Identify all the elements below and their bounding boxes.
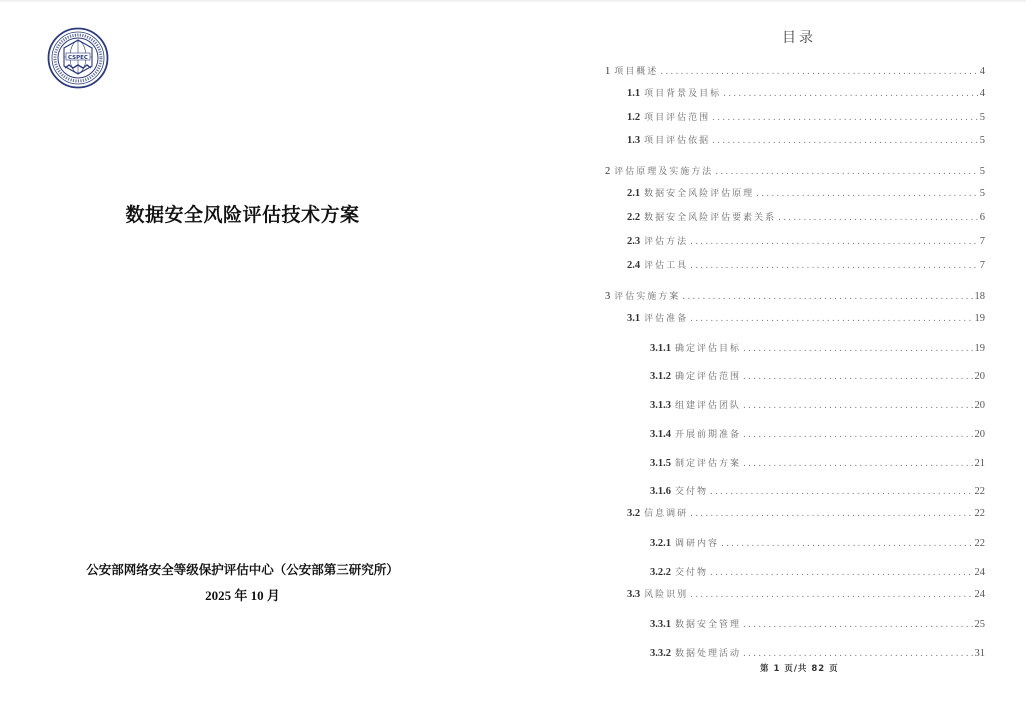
toc-entry[interactable]: 3.2.1调研内容22 (650, 537, 985, 551)
toc-heading: 目录 (782, 27, 816, 47)
toc-entry-page: 20 (975, 428, 986, 442)
toc-entry-page: 31 (975, 647, 986, 661)
toc-entry-number: 3.1.5 (650, 457, 671, 471)
toc-entry[interactable]: 3.1.1确定评估目标19 (650, 342, 985, 356)
toc-entry-number: 3.3.1 (650, 618, 671, 632)
toc-entry-title: 数据安全风险评估要素关系 (644, 211, 776, 225)
toc-entry[interactable]: 1项目概述4 (605, 65, 985, 79)
toc-entry-page: 25 (975, 618, 986, 632)
toc-entry-page: 19 (975, 342, 986, 356)
toc-entry-number: 3 (605, 290, 610, 304)
toc-entry-title: 评估工具 (644, 259, 688, 273)
toc-entry[interactable]: 3.1.4开展前期准备20 (650, 428, 985, 442)
toc-entry-title: 交付物 (675, 566, 708, 580)
toc-entry-title: 制定评估方案 (675, 457, 741, 471)
toc-entry-page: 20 (975, 399, 986, 413)
toc-entry-page: 21 (975, 457, 986, 471)
toc-entry-page: 4 (980, 65, 985, 79)
toc-entry-title: 项目评估依据 (644, 134, 710, 148)
toc-entry-number: 1.2 (627, 111, 640, 125)
toc-entry[interactable]: 3.3.2数据处理活动31 (650, 647, 985, 661)
toc-page: 目录 1项目概述41.1项目背景及目标41.2项目评估范围51.3项目评估依据5… (560, 0, 1026, 710)
toc-entry-page: 19 (975, 312, 986, 326)
toc-entry[interactable]: 2评估原理及实施方法5 (605, 165, 985, 179)
toc-leader-dots (690, 259, 978, 273)
toc-entry[interactable]: 2.4评估工具7 (627, 259, 985, 273)
toc-entry-title: 项目评估范围 (644, 111, 710, 125)
toc-entry[interactable]: 3.1.5制定评估方案21 (650, 457, 985, 471)
toc-leader-dots (682, 290, 972, 304)
toc-entry-title: 开展前期准备 (675, 428, 741, 442)
toc-entry-number: 1.3 (627, 134, 640, 148)
toc-entry-page: 5 (980, 187, 985, 201)
toc-leader-dots (710, 485, 972, 499)
toc-entry-page: 22 (975, 507, 986, 521)
toc-entry-page: 24 (975, 566, 986, 580)
toc-entry-number: 2.1 (627, 187, 640, 201)
toc-leader-dots (756, 187, 978, 201)
toc-entry-page: 5 (980, 134, 985, 148)
toc-entry-number: 1.1 (627, 87, 640, 101)
svg-text:CSPEC: CSPEC (68, 55, 88, 61)
toc-leader-dots (778, 211, 978, 225)
document-title: 数据安全风险评估技术方案 (0, 200, 485, 227)
toc-entry-page: 22 (975, 537, 986, 551)
toc-entry-number: 3.1.6 (650, 485, 671, 499)
toc-leader-dots (723, 87, 978, 101)
toc-entry[interactable]: 3.1.3组建评估团队20 (650, 399, 985, 413)
toc-entry-number: 2.2 (627, 211, 640, 225)
toc-entry-number: 3.1.1 (650, 342, 671, 356)
toc-leader-dots (743, 647, 972, 661)
toc-entry-page: 22 (975, 485, 986, 499)
toc-entry-page: 20 (975, 370, 986, 384)
toc-entry-number: 2.4 (627, 259, 640, 273)
toc-entry[interactable]: 3.3风险识别24 (627, 588, 985, 602)
toc-entry-title: 评估准备 (644, 312, 688, 326)
toc-entry[interactable]: 2.1数据安全风险评估原理5 (627, 187, 985, 201)
toc-entry[interactable]: 3.3.1数据安全管理25 (650, 618, 985, 632)
toc-leader-dots (690, 235, 978, 249)
toc-entry-title: 组建评估团队 (675, 399, 741, 413)
toc-entry-page: 5 (980, 111, 985, 125)
toc-leader-dots (660, 65, 977, 79)
toc-leader-dots (721, 537, 972, 551)
toc-leader-dots (743, 370, 972, 384)
toc-entry-number: 3.2 (627, 507, 640, 521)
toc-leader-dots (710, 566, 972, 580)
toc-entry[interactable]: 3.2信息调研22 (627, 507, 985, 521)
cspec-seal-icon: CSPEC (47, 27, 109, 89)
toc-entry-title: 数据安全风险评估原理 (644, 187, 754, 201)
toc-entry[interactable]: 2.2数据安全风险评估要素关系6 (627, 211, 985, 225)
organization-name: 公安部网络安全等级保护评估中心（公安部第三研究所） (0, 560, 485, 578)
toc-entry[interactable]: 3.1.2确定评估范围20 (650, 370, 985, 384)
page-indicator: 第 1 页/共 82 页 (760, 662, 839, 674)
toc-leader-dots (743, 342, 972, 356)
toc-leader-dots (690, 507, 972, 521)
toc-leader-dots (743, 618, 972, 632)
toc-entry-number: 3.1.2 (650, 370, 671, 384)
toc-entry-title: 项目概述 (614, 65, 658, 79)
toc-entry-title: 数据安全管理 (675, 618, 741, 632)
toc-entry-number: 3.2.1 (650, 537, 671, 551)
toc-entry-number: 3.1.4 (650, 428, 671, 442)
toc-leader-dots (712, 134, 978, 148)
toc-entry-page: 24 (975, 588, 986, 602)
toc-entry-page: 7 (980, 235, 985, 249)
toc-leader-dots (690, 588, 972, 602)
toc-entry[interactable]: 1.3项目评估依据5 (627, 134, 985, 148)
toc-entry-title: 项目背景及目标 (644, 87, 721, 101)
toc-entry-title: 确定评估目标 (675, 342, 741, 356)
toc-entry-number: 2.3 (627, 235, 640, 249)
toc-entry-number: 3.1 (627, 312, 640, 326)
toc-entry-title: 评估实施方案 (614, 290, 680, 304)
toc-leader-dots (743, 428, 972, 442)
toc-entry-number: 1 (605, 65, 610, 79)
toc-entry[interactable]: 2.3评估方法7 (627, 235, 985, 249)
toc-entry-number: 3.2.2 (650, 566, 671, 580)
toc-entry-page: 7 (980, 259, 985, 273)
toc-entry-title: 信息调研 (644, 507, 688, 521)
toc-entry[interactable]: 1.2项目评估范围5 (627, 111, 985, 125)
toc-entry-title: 评估原理及实施方法 (614, 165, 713, 179)
toc-entry[interactable]: 3.1.6交付物22 (650, 485, 985, 499)
document-date: 2025 年 10 月 (0, 585, 485, 604)
toc-entry-title: 风险识别 (644, 588, 688, 602)
toc-entry[interactable]: 3.2.2交付物24 (650, 566, 985, 580)
toc-entry-page: 18 (975, 290, 986, 304)
toc-entry-page: 6 (980, 211, 985, 225)
toc-entry-title: 交付物 (675, 485, 708, 499)
toc-entry-number: 3.3.2 (650, 647, 671, 661)
toc-leader-dots (712, 111, 978, 125)
toc-entry-number: 3.3 (627, 588, 640, 602)
cover-page: CSPEC 数据安全风险评估技术方案 公安部网络安全等级保护评估中心（公安部第三… (0, 0, 500, 710)
toc-leader-dots (690, 312, 972, 326)
toc-entry-page: 5 (980, 165, 985, 179)
toc-entry-title: 调研内容 (675, 537, 719, 551)
toc-leader-dots (715, 165, 977, 179)
toc-entry-title: 数据处理活动 (675, 647, 741, 661)
toc-entry-number: 2 (605, 165, 610, 179)
toc-entry-page: 4 (980, 87, 985, 101)
toc-leader-dots (743, 399, 972, 413)
toc-entry[interactable]: 3评估实施方案18 (605, 290, 985, 304)
toc-leader-dots (743, 457, 972, 471)
toc-entry[interactable]: 3.1评估准备19 (627, 312, 985, 326)
toc-entry-title: 确定评估范围 (675, 370, 741, 384)
toc-entry-title: 评估方法 (644, 235, 688, 249)
toc-entry-number: 3.1.3 (650, 399, 671, 413)
toc-entry[interactable]: 1.1项目背景及目标4 (627, 87, 985, 101)
